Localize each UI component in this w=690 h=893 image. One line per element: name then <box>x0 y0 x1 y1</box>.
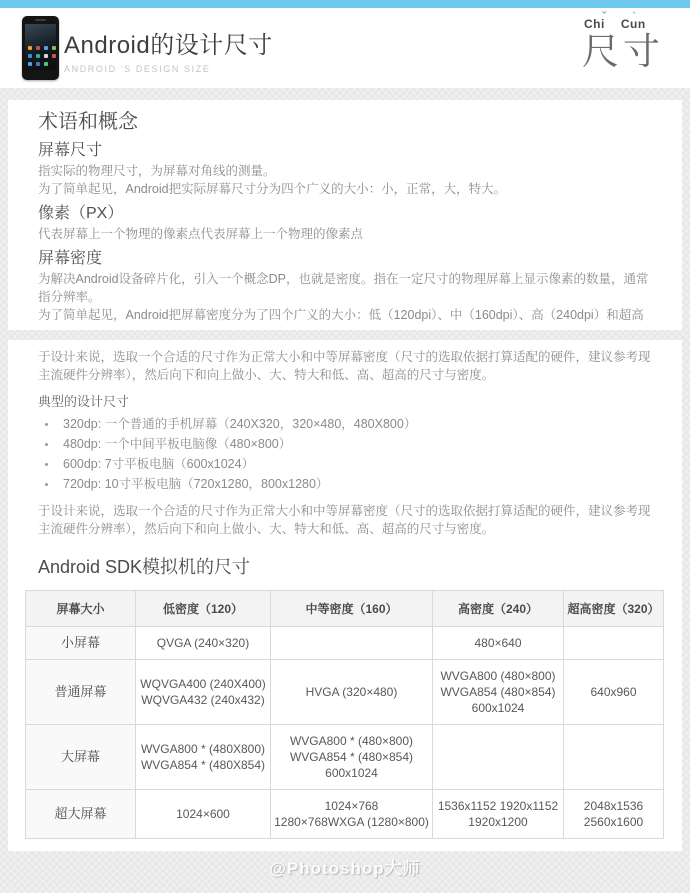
logo-hanzi: 尺寸 <box>582 32 668 73</box>
tone-mark-icon: ˋ <box>632 9 637 24</box>
table-cell <box>271 627 433 660</box>
table-row: 小屏幕 QVGA (240×320) 480×640 <box>26 627 664 660</box>
term-text: 代表屏幕上一个物理的像素点代表屏幕上一个物理的像素点 <box>38 225 652 243</box>
logo-pinyin-cun: ˋCun <box>621 17 646 31</box>
design-paragraph: 于设计来说，选取一个合适的尺寸作为正常大小和中等屏幕密度（尺寸的选取依据打算适配… <box>38 348 652 384</box>
table-cell: 2048x1536 2560x1600 <box>564 790 664 839</box>
table-cell: WVGA800 * (480×800) WVGA854 * (480×854) … <box>271 725 433 790</box>
phone-speaker <box>35 19 46 21</box>
logo-pinyin: ˇChi ˋCun <box>582 17 668 31</box>
table-cell: HVGA (320×480) <box>271 660 433 725</box>
list-item: 480dp: 一个中间平板电脑像（480×800） <box>38 434 652 454</box>
table-header-row: 屏幕大小 低密度（120） 中等密度（160） 高密度（240） 超高密度（32… <box>26 591 664 627</box>
phone-screen <box>25 24 56 70</box>
row-label: 超大屏幕 <box>26 790 136 839</box>
tone-mark-icon: ˇ <box>602 9 607 24</box>
title-block: Android的设计尺寸 ANDROID 'S DESIGN SIZE <box>64 25 273 74</box>
list-item: 320dp: 一个普通的手机屏幕（240X320，320×480，480X800… <box>38 414 652 434</box>
table-cell: WVGA800 * (480X800) WVGA854 * (480X854) <box>136 725 271 790</box>
logo-pinyin-chi: ˇChi <box>584 17 605 31</box>
term-text: 为了简单起见，Android把屏幕密度分为了四个广义的大小：低（120dpi）、… <box>38 306 652 324</box>
sdk-size-table: 屏幕大小 低密度（120） 中等密度（160） 高密度（240） 超高密度（32… <box>25 590 664 839</box>
typical-sizes-title: 典型的设计尺寸 <box>38 394 652 410</box>
bullet-icon <box>45 483 48 486</box>
page-subtitle: ANDROID 'S DESIGN SIZE <box>64 64 273 74</box>
bullet-icon <box>45 463 48 466</box>
term-heading-screen-size: 屏幕尺寸 <box>38 142 652 160</box>
col-header-high-density: 高密度（240） <box>433 591 564 627</box>
page: Android的设计尺寸 ANDROID 'S DESIGN SIZE ˇChi… <box>0 0 690 893</box>
col-header-screen-size: 屏幕大小 <box>26 591 136 627</box>
table-row: 普通屏幕 WQVGA400 (240X400) WQVGA432 (240x43… <box>26 660 664 725</box>
table-cell: QVGA (240×320) <box>136 627 271 660</box>
table-cell: 1024×600 <box>136 790 271 839</box>
table-cell: 1024×768 1280×768WXGA (1280×800) <box>271 790 433 839</box>
table-row: 超大屏幕 1024×600 1024×768 1280×768WXGA (128… <box>26 790 664 839</box>
terms-section: 术语和概念 屏幕尺寸 指实际的物理尺寸，为屏幕对角线的测量。 为了简单起见，An… <box>8 100 682 330</box>
table-cell <box>564 627 664 660</box>
terms-title: 术语和概念 <box>38 110 652 134</box>
col-header-xhigh-density: 超高密度（320） <box>564 591 664 627</box>
bullet-icon <box>45 443 48 446</box>
term-heading-pixel: 像素（PX） <box>38 205 652 223</box>
list-item: 600dp: 7寸平板电脑（600x1024） <box>38 454 652 474</box>
row-label: 普通屏幕 <box>26 660 136 725</box>
watermark: @Photoshop大师 <box>269 854 420 879</box>
phone-icon <box>22 16 59 80</box>
chicun-logo: ˇChi ˋCun 尺寸 <box>582 17 668 73</box>
term-text: 为解决Android设备碎片化，引入一个概念DP，也就是密度。指在一定尺寸的物理… <box>38 270 652 306</box>
table-cell: WVGA800 (480×800) WVGA854 (480×854) 600x… <box>433 660 564 725</box>
sdk-section-title: Android SDK模拟机的尺寸 <box>38 556 652 578</box>
typical-sizes-list: 320dp: 一个普通的手机屏幕（240X320，320×480，480X800… <box>38 414 652 494</box>
list-item: 720dp: 10寸平板电脑（720x1280，800x1280） <box>38 474 652 494</box>
table-cell: 1536x1152 1920x1152 1920x1200 <box>433 790 564 839</box>
table-cell: 640x960 <box>564 660 664 725</box>
table-cell: 480×640 <box>433 627 564 660</box>
term-text: 指实际的物理尺寸，为屏幕对角线的测量。 <box>38 162 652 180</box>
row-label: 小屏幕 <box>26 627 136 660</box>
page-title: Android的设计尺寸 <box>64 25 273 60</box>
col-header-low-density: 低密度（120） <box>136 591 271 627</box>
table-cell <box>433 725 564 790</box>
header: Android的设计尺寸 ANDROID 'S DESIGN SIZE ˇChi… <box>0 8 690 88</box>
table-cell: WQVGA400 (240X400) WQVGA432 (240x432) <box>136 660 271 725</box>
table-cell <box>564 725 664 790</box>
col-header-medium-density: 中等密度（160） <box>271 591 433 627</box>
sdk-table-wrap: 屏幕大小 低密度（120） 中等密度（160） 高密度（240） 超高密度（32… <box>25 590 652 839</box>
footer: @Photoshop大师 <box>0 843 690 893</box>
row-label: 大屏幕 <box>26 725 136 790</box>
table-row: 大屏幕 WVGA800 * (480X800) WVGA854 * (480X8… <box>26 725 664 790</box>
design-section: 于设计来说，选取一个合适的尺寸作为正常大小和中等屏幕密度（尺寸的选取依据打算适配… <box>8 340 682 851</box>
top-accent-bar <box>0 0 690 8</box>
bullet-icon <box>45 423 48 426</box>
term-heading-density: 屏幕密度 <box>38 250 652 268</box>
term-text: 为了简单起见，Android把实际屏幕尺寸分为四个广义的大小：小，正常，大，特大… <box>38 180 652 198</box>
design-paragraph-repeat: 于设计来说，选取一个合适的尺寸作为正常大小和中等屏幕密度（尺寸的选取依据打算适配… <box>38 502 652 538</box>
